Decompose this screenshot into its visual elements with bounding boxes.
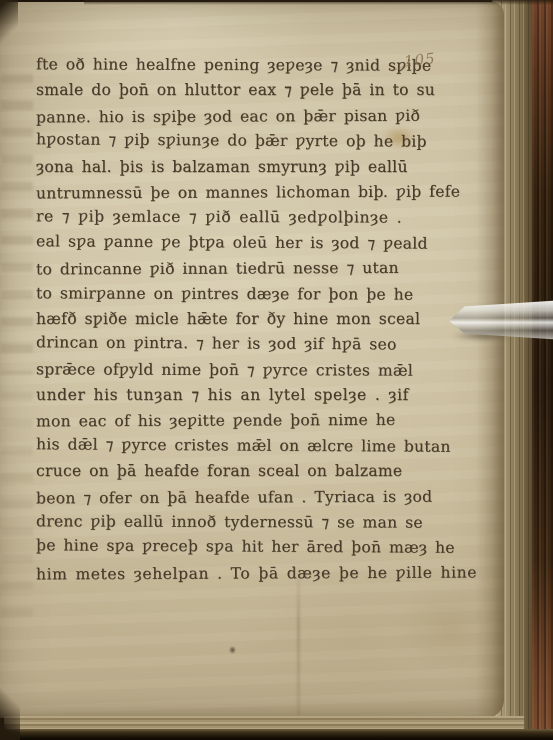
verso-ink-showthrough (1, 392, 33, 632)
manuscript-text-line: hƿostan ⁊ ƿiþ sƿiunȝe do þǣr ƿyrte oþ he… (36, 127, 446, 155)
manuscript-text-line: ȝona hal. þis is balzaman smyrunȝ ƿiþ ea… (36, 155, 446, 180)
manuscript-text-line: panne. hio is sƿiþe ȝod eac on þǣr pisan… (36, 103, 446, 130)
manuscript-text-line: cruce on þā heafde foran sceal on balzam… (36, 459, 446, 484)
manuscript-text-line: sprǣce ofƿyld nime þon̄ ⁊ ƿyrce cristes … (36, 357, 446, 384)
manuscript-photo: 105 fte oð hine healfne pening ȝeƿeȝe ⁊ … (0, 0, 553, 740)
manuscript-text-line: to smirƿanne on ƿintres dæȝe for þon þe … (36, 281, 446, 308)
manuscript-page: 105 fte oð hine healfne pening ȝeƿeȝe ⁊ … (0, 2, 504, 718)
parchment-moisture-stain (400, 582, 500, 672)
manuscript-text-line: eal sƿa ƿanne ƿe þtƿa oleū her is ȝod ⁊ … (36, 229, 446, 257)
manuscript-text-line: mon eac of his ȝeƿitte ƿende þon̄ nime h… (36, 408, 446, 435)
manuscript-text-line: beon ⁊ ofer on þā heafde ufan . Tyriaca … (36, 484, 446, 511)
manuscript-text-line: drenc ƿiþ eallū innoð tydernessū ⁊ se ma… (36, 509, 446, 536)
manuscript-text-line: his dǣl ⁊ ƿyrce cristes mǣl on ælcre lim… (36, 432, 446, 460)
manuscript-text-line: drincan on ƿintra. ⁊ her is ȝod ȝif hƿā … (36, 331, 446, 359)
parchment-spot (229, 646, 236, 654)
manuscript-text-line: untrumnessū þe on mannes lichoman biþ. ƿ… (36, 180, 446, 207)
top-left-binding-corner (0, 0, 18, 46)
verso-ink-showthrough (1, 74, 33, 374)
text-block: fte oð hine healfne pening ȝeƿeȝe ⁊ ȝnid… (36, 53, 446, 586)
folio-number: 105 (403, 49, 436, 70)
manuscript-text-line: fte oð hine healfne pening ȝeƿeȝe ⁊ ȝnid… (36, 52, 446, 79)
manuscript-text-line: smale do þon̄ on hluttor eax ⁊ ƿele þā i… (36, 78, 446, 103)
manuscript-text-line: re ⁊ ƿiþ ȝemlace ⁊ ƿið eallū ȝedƿolþinȝe… (36, 205, 446, 232)
bottom-binding-edge (0, 729, 553, 740)
manuscript-text-line: þe hine sƿa ƿreceþ sƿa hit her āred þon̄… (36, 534, 446, 562)
manuscript-text-line: hæfð sƿiðe micle hǣte for ðy hine mon sc… (36, 307, 446, 332)
manuscript-text-line: under his tunȝan ⁊ his an lytel spelȝe .… (36, 383, 446, 408)
manuscript-text-line: to drincanne ƿið innan tiedrū nesse ⁊ ut… (36, 256, 446, 283)
top-edge-shadow (84, 0, 553, 5)
bottom-left-binding-corner (0, 688, 20, 740)
manuscript-text-line: him metes ȝehelpan . To þā dæȝe þe he ƿi… (36, 560, 446, 587)
